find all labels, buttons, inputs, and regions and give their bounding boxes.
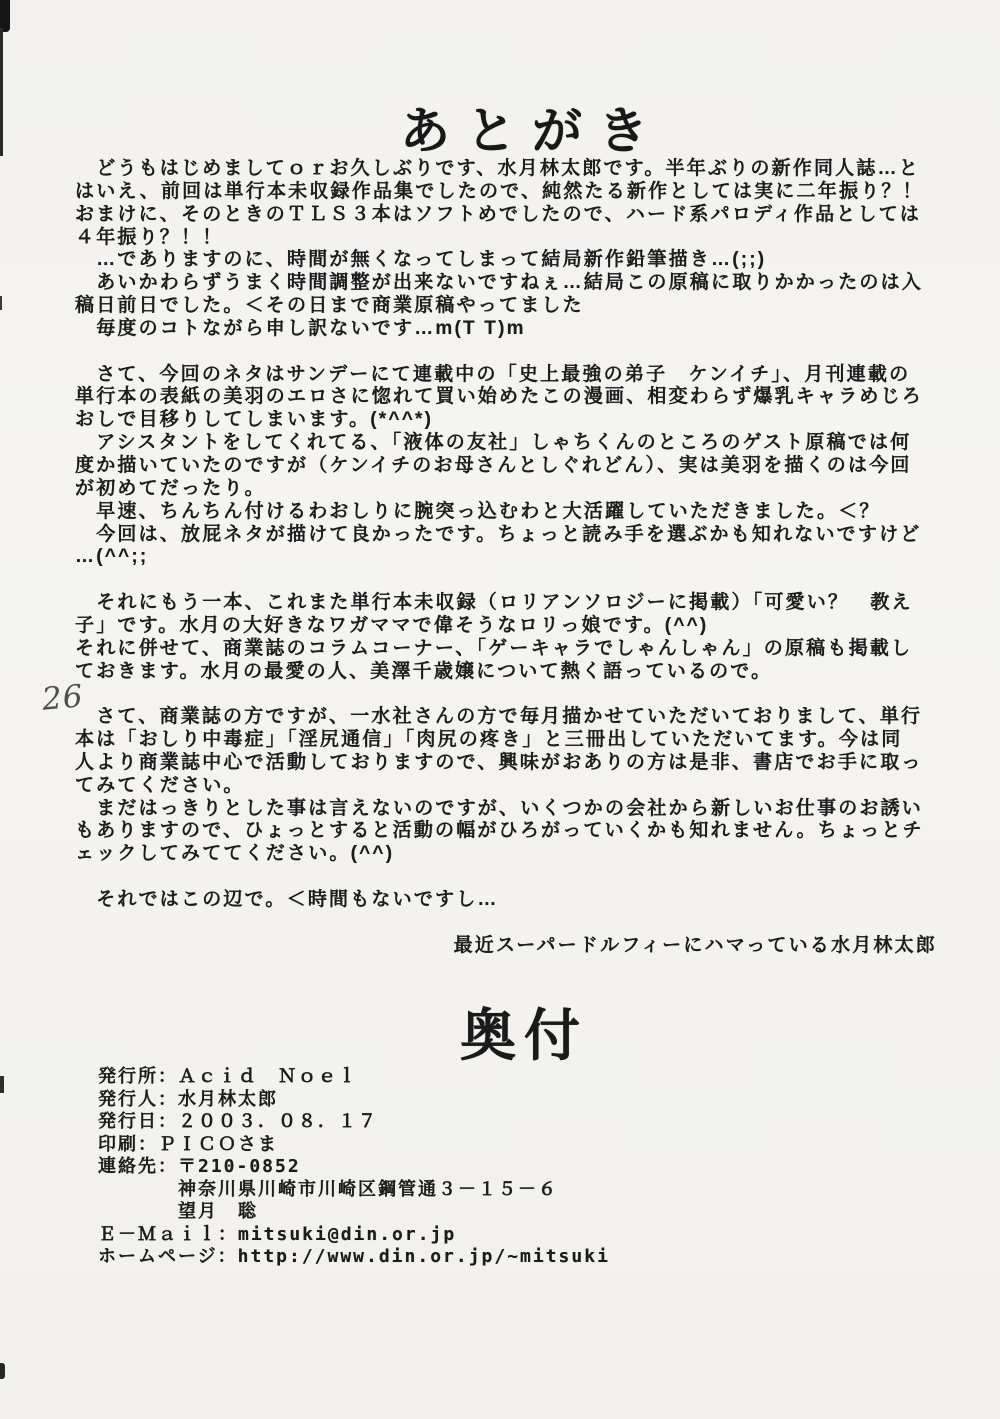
afterword-title: あとがき <box>400 106 664 156</box>
text-line: 神奈川県川崎市川崎区鋼管通３－１５－６ <box>98 1179 610 1202</box>
text-line: さて、商業誌の方ですが、一水社さんの方で毎月描かせていただいておりまして、単行 <box>75 706 937 729</box>
text-line <box>75 683 937 706</box>
text-line <box>75 569 937 592</box>
text-line: ておきます。水月の最愛の人、美澤千歳嬢について熱く語っているので。 <box>75 661 937 684</box>
text-line <box>75 341 937 364</box>
text-line: 本は「おしり中毒症」「淫尻通信」「肉尻の疼き」と三冊出していただいてます。今は同 <box>75 729 937 752</box>
colophon-body: 発行所：Ａｃｉｄ Ｎｏｅｌ発行人：水月林太郎発行日：２００３．０８．１７印刷：Ｐ… <box>98 1066 610 1269</box>
colophon-title: 奥付 <box>460 1008 588 1064</box>
text-line: 稿日前日でした。＜その日まで商業原稿やってました <box>75 295 937 318</box>
text-line: 毎度のコトながら申し訳ないです…m(T T)m <box>75 318 937 341</box>
afterword-lines: どうもはじめましてｏｒお久しぶりです、水月林太郎です。半年ぶりの新作同人誌…とは… <box>75 158 937 912</box>
text-line: が初めてだったり。 <box>75 478 937 501</box>
text-line: さて、今回のネタはサンデーにて連載中の「史上最強の弟子 ケンイチ」、月刊連載の <box>75 364 937 387</box>
text-line <box>75 866 937 889</box>
text-line: アシスタントをしてくれてる、「液体の友社」しゃちくんのところのゲスト原稿では何 <box>75 432 937 455</box>
text-line: ４年振り？！！ <box>75 227 937 250</box>
text-line: 子」です。水月の大好きなワガママで偉そうなロリっ娘です。(^^) <box>75 615 937 638</box>
scan-edge-artifact <box>0 1076 4 1093</box>
scan-edge-artifact <box>0 1363 5 1379</box>
text-line: もありますので、ひょっとすると活動の幅がひろがっていくかも知れません。ちょっとチ <box>75 820 937 843</box>
text-line: 発行人：水月林太郎 <box>98 1089 610 1112</box>
colophon-lines: 発行所：Ａｃｉｄ Ｎｏｅｌ発行人：水月林太郎発行日：２００３．０８．１７印刷：Ｐ… <box>98 1066 610 1269</box>
text-line: 人より商業誌中心で活動しておりますので、興味がおありの方は是非、書店でお手に取っ <box>75 752 937 775</box>
text-line: おしで目移りしてしまいます。(*^^*) <box>75 409 937 432</box>
text-line: はいえ、前回は単行本未収録作品集でしたので、純然たる新作としては実に二年振り？！ <box>75 181 937 204</box>
text-line: Ｅ－Ｍａｉｌ：mitsuki@din.or.jp <box>98 1224 610 1247</box>
text-line: 発行所：Ａｃｉｄ Ｎｏｅｌ <box>98 1066 610 1089</box>
text-line: あいかわらずうまく時間調整が出来ないですねぇ…結局この原稿に取りかかったのは入 <box>75 272 937 295</box>
text-line: 印刷：ＰＩＣＯさま <box>98 1134 610 1157</box>
text-line: どうもはじめましてｏｒお久しぶりです、水月林太郎です。半年ぶりの新作同人誌…と <box>75 158 937 181</box>
text-line: 度か描いていたのですが（ケンイチのお母さんとしぐれどん）、実は美羽を描くのは今回 <box>75 455 937 478</box>
text-line: てみてください。 <box>75 775 937 798</box>
text-line: おまけに、そのときのＴＬＳ３本はソフトめでしたので、ハード系パロディ作品としては <box>75 204 937 227</box>
text-line: …でありますのに、時間が無くなってしまって結局新作鉛筆描き…(;;) <box>75 249 937 272</box>
text-line: 発行日：２００３．０８．１７ <box>98 1111 610 1134</box>
afterword-signature: 最近スーパードルフィーにハマっている水月林太郎 <box>75 935 937 958</box>
text-line: ホームページ：http://www.din.or.jp/~mitsuki <box>98 1246 610 1269</box>
text-line: …(^^;; <box>75 546 937 569</box>
text-line: 連絡先：〒210-0852 <box>98 1156 610 1179</box>
scan-edge-artifact <box>0 28 3 156</box>
text-line: それに併せて、商業誌のコラムコーナー、「ゲーキャラでしゃんしゃん」の原稿も掲載し <box>75 638 937 661</box>
text-line: ェックしてみててください。(^^) <box>75 843 937 866</box>
afterword-body: どうもはじめましてｏｒお久しぶりです、水月林太郎です。半年ぶりの新作同人誌…とは… <box>75 158 937 958</box>
scan-edge-artifact <box>0 296 2 310</box>
text-line: 早速、ちんちん付けるわおしりに腕突っ込むわと大活躍していただきました。＜？ <box>75 501 937 524</box>
text-line: 今回は、放屁ネタが描けて良かったです。ちょっと読み手を選ぶかも知れないですけど <box>75 524 937 547</box>
text-line: 単行本の表紙の美羽のエロさに惚れて買い始めたこの漫画、相変わらず爆乳キャラめじろ <box>75 386 937 409</box>
text-line: 望月 聡 <box>98 1201 610 1224</box>
text-line: それではこの辺で。＜時間もないですし… <box>75 889 937 912</box>
scanned-page: 26 あとがき どうもはじめましてｏｒお久しぶりです、水月林太郎です。半年ぶりの… <box>0 0 1000 1419</box>
text-line: それにもう一本、これまた単行本未収録（ロリアンソロジーに掲載）「可愛い？ 教え <box>75 592 937 615</box>
text-line: まだはっきりとした事は言えないのですが、いくつかの会社から新しいお仕事のお誘い <box>75 798 937 821</box>
